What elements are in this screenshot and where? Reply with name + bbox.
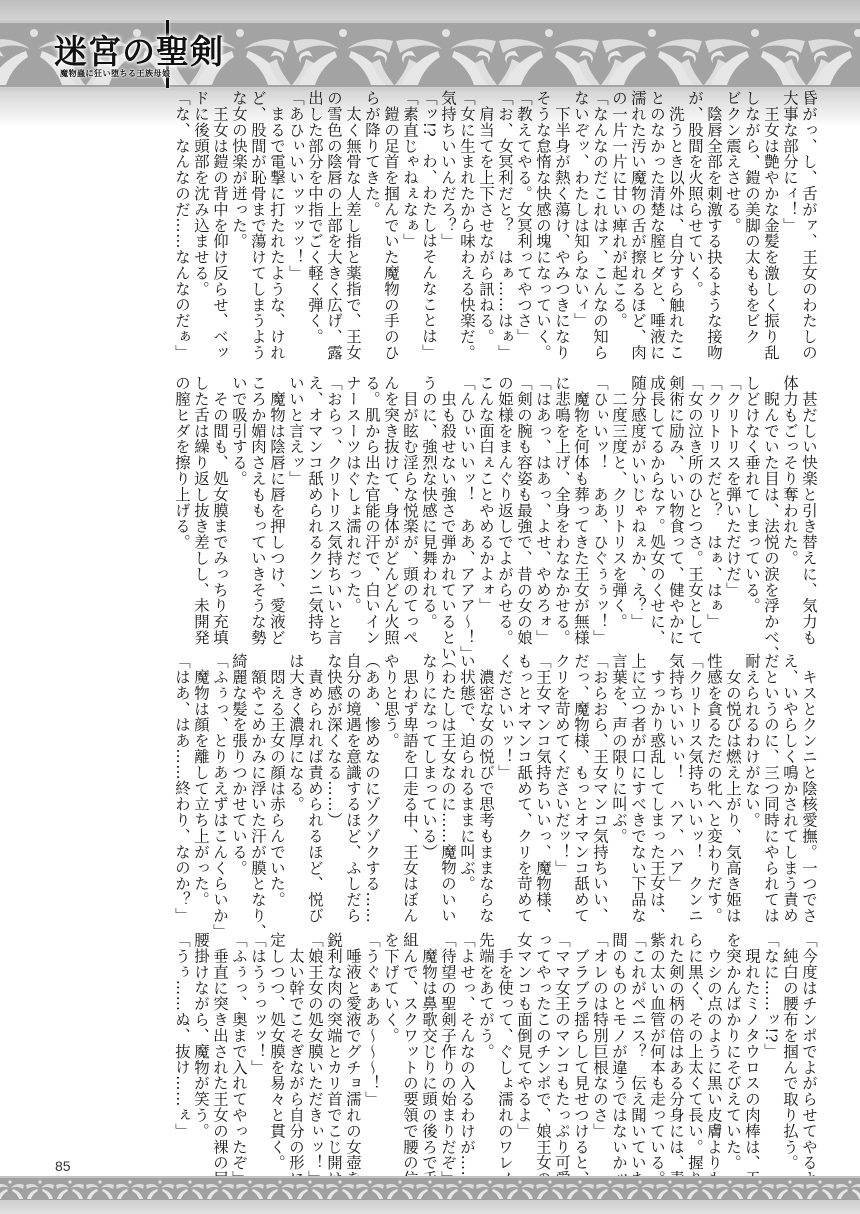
text-line: 間のものとモノが違うではないかッ」 [609,932,628,1182]
floral-border-icon [0,1178,860,1200]
text-line: 「はうぅっッッ！」 [248,932,267,1182]
book-logo: 迷宮の聖剣 魔物蟲に狂い堕ちる王族母娘 [48,22,198,86]
text-line: 成長してるからなァ。処女のくせに、 [647,375,666,625]
text-line: 「これがペニス？ 伝え聞いていた人 [628,932,647,1182]
text-line: い状態で、迫られるままに叫ぶ。 [457,653,476,903]
text-line: なりになってしまっている） [419,653,438,903]
text-line: んを突き抜けて、身体がどんどん火照 [381,375,400,625]
text-line: 肩当てを上下させながら訊ねる。 [476,90,495,340]
text-line: 「女に生まれたから味わえる快楽だ。 [457,90,476,340]
text-line: の雪色の陰唇の上部を大きく広げ、露 [324,90,343,340]
text-line: は大きく濃厚になる。 [286,653,305,903]
text-line: え、オマンコ舐められるクンニ気持ち [305,375,324,625]
text-line: 魔物は鼻歌交じりに頭の後ろで手を [419,932,438,1182]
text-line: した舌は繰り返し抜き差しし、未開発 [191,375,210,625]
text-line: 現れたミノタウロスの肉棒は、天井 [742,932,761,1182]
text-line: らに黒く、その上太くて長い。握り慣 [685,932,704,1182]
text-line: が、股間を火照らせていく。 [685,90,704,340]
text-line: 魔物を何体も葬ってきた王女が無様 [571,375,590,625]
text-line: 「娘王女の処女膜いただきぃッ！」 [305,932,324,1182]
text-line: 「な、なんなのだ……なんなのだぁ」 [172,90,191,340]
text-line: 洗うとき以外は、自分すら触れたこ [666,90,685,340]
text-line: 気持ちいいいぃ！ ハア、ハア」 [666,653,685,903]
text-line: 定しつつ、処女膜を易々と貫く。 [267,932,286,1182]
text-line: ころか媚肉さえももっていきそうな勢 [248,375,267,625]
text-line: ど、股間が恥骨まで蕩けてしまうよう [248,90,267,340]
text-line: 腰掛けながら、魔物が笑う。 [191,932,210,1182]
text-line: 耐えられるわけがない。 [742,653,761,903]
text-line: 思わず卑語を口走る中、王女はぼん [400,653,419,903]
text-tier-2: 甚だしい快楽と引き替えに、気力も体力もごっそり奪われた。 睨んでいた目は、法悦の… [172,375,818,625]
text-line: 王女は鎧の背中を仰け反らせ、ベッ [210,90,229,340]
text-line: 「教えてやる。女冥利ってやつさ」 [514,90,533,340]
text-line: の一片一片に甘い痺れが起こる。 [609,90,628,340]
text-line: ビクン震えさせる。 [723,90,742,340]
text-line: いいと言えッ」 [286,375,305,625]
text-line: を突かんばかりにそびえていた。 [723,932,742,1182]
text-line: 綺麗な髪を張りつかせている。 [229,653,248,903]
text-line: 先端をあてがう。 [476,932,495,1182]
text-line: 「ひぃいッ！ ああ、ひぐぅぅッ！」 [590,375,609,625]
text-line: な女の快楽が迸った。 [229,90,248,340]
text-line: すっかり惑乱してしまった王女は、 [647,653,666,903]
text-line: 魔物は顔を離して立ち上がった。 [191,653,210,903]
text-line: 「おらっ、クリトリス気持ちいいと言 [324,375,343,625]
text-line: 「剣の腕も容姿も最強で、昔の女の娘 [514,375,533,625]
text-line: 「はあ、はあ……終わり、なのか？」 [172,653,191,903]
text-line: とのなかった清楚な膣ヒダと、唾液に [647,90,666,340]
text-line: 垂直に突き出された王女の裸の尻に [210,932,229,1182]
text-line: まるで電撃に打たれたような、けれ [267,90,286,340]
text-line: を下げていく。 [381,932,400,1182]
text-line: 鎧の足首を掴んでいた魔物の手のひ [381,90,400,340]
text-line: だというのに、三つ同時にやられては [761,653,780,903]
text-line: 太い幹でこそぎながら自分の形に固 [286,932,305,1182]
text-line: ないぞッ、わたしは知らないィ」 [571,90,590,340]
text-line: 「あひぃいいッッッッ！」 [286,90,305,340]
logo-title: 迷宮の聖剣 [54,26,224,73]
text-tier-4: 「今度はチンポでよがらせてやるよ」 純白の腰布を掴んで取り払う。「なに……ッ!?… [172,932,818,1182]
text-line: 剣術に励み、いい物食って、健やかに [666,375,685,625]
text-line: （ああ、惨めなのにゾクゾクする…… [362,653,381,903]
text-line: 「クリトリス気持ちいいッ！ クンニ [685,653,704,903]
footer-ornament-band [0,1176,860,1202]
text-line: ブラブラ揺らして見せつけると、 [571,932,590,1182]
text-line: 「お、女冥利だと？ はぁ……はぁ」 [495,90,514,340]
text-line: いで吸引する。 [229,375,248,625]
text-line: 「女の泣き所のひとつさ。王女として [685,375,704,625]
text-line: 目が眩む淫らな悦楽が、頭のてっぺ [400,375,419,625]
text-line: 陰唇全部を刺激する抉るような接吻 [704,90,723,340]
text-line: の膣ヒダを擦り上げる。 [172,375,191,625]
text-line: ってやったこのチンポで、娘王女の処 [533,932,552,1182]
text-line: 体力もごっそり奪われた。 [780,375,799,625]
text-line: れた剣の柄の倍はある分身には、青や [666,932,685,1182]
text-line: 甚だしい快楽と引き替えに、気力も [799,375,818,625]
text-line: 昏がっ、し、舌がァ、王女のわたしの [799,90,818,340]
text-line: 上に立つ者が口にすべきでない下品な [628,653,647,903]
text-line: 「クリトリスだと？ はぁ、はぁ」 [704,375,723,625]
text-line: 随分感度がいいじゃねぇか、え？」 [628,375,647,625]
text-line: ナースーツはぐしょ濡れだった。 [343,375,362,625]
text-line: 性感を貪るただの牝へと変わりだす。 [704,653,723,903]
logo-subtitle: 魔物蟲に狂い堕ちる王族母娘 [60,68,171,79]
text-line: 「今度はチンポでよがらせてやるよ」 [799,932,818,1182]
text-line: 悶える王女の顔は赤らんでいた。 [267,653,286,903]
text-line: 「ッ!? わ、わたしはそんなことは」 [419,90,438,340]
text-line: キスとクンニと陰核愛撫。一つでさ [799,653,818,903]
text-line: 王女は艶やかな金髪を激しく振り乱 [761,90,780,340]
text-line: 「なに……ッ!?」 [761,932,780,1182]
text-line: 「よせっ、そんなの入るわけが……」 [457,932,476,1182]
text-line: ウシの点のように黒い皮膚よりもさ [704,932,723,1182]
text-line: な快感が深くなる……） [324,653,343,903]
text-line: 純白の腰布を掴んで取り払う。 [780,932,799,1182]
text-line: ドに後頭部を沈み込ませる。 [191,90,210,340]
text-line: うのに、強烈な快感に見舞われる。 [419,375,438,625]
text-line: 下半身が熱く蕩け、やみつきになり [552,90,571,340]
text-line: る。肌から出た官能の汗で、白いイン [362,375,381,625]
text-line: 二度三度と、クリトリスを弾く。 [609,375,628,625]
text-line: しどけなく垂れてしまっている。 [742,375,761,625]
text-line: やりと思う。 [381,653,400,903]
text-line: 濃密な女の悦びで思考もままならな [476,653,495,903]
text-line: 「クリトリスを弾いただけだ」 [723,375,742,625]
text-line: 濡れた汚い魔物の舌が擦れるほど、肉 [628,90,647,340]
text-line: らが降りてきた。 [362,90,381,340]
text-line: 魔物は陰唇に唇を押しつけ、愛液ど [267,375,286,625]
text-line: 「うぅ……ぬ、抜け……ぇ」 [172,932,191,1182]
text-line: 言葉を、声の限りに叫ぶ。 [609,653,628,903]
page-number: 85 [55,1158,71,1174]
text-line: その間も、処女膜までみっちり充填 [210,375,229,625]
text-line: 紫の太い血管が何本も走っている。 [647,932,666,1182]
text-line: の姫様をまんぐり返しでよがらせる。 [495,375,514,625]
text-line: 「待望の聖剣子作りの始まりだぞ」 [438,932,457,1182]
text-line: 女マンコも面倒見てやるよ」 [514,932,533,1182]
text-line: 「うぐぁああ～～～！」 [362,932,381,1182]
text-line: 自分の境遇を意識するほど、ふしだら [343,653,362,903]
text-line: 「オレのは特別巨根なのさ」 [590,932,609,1182]
text-line: 「ママ女王のマンコもたっぷり可愛が [552,932,571,1182]
text-line: 鋭利な肉の突端とカリ首でこじ開け、 [324,932,343,1182]
text-line: 大事な部分にィ！」 [780,90,799,340]
text-line: もっとオマンコ舐めて、クリを苛めて [514,653,533,903]
text-tier-1: 昏がっ、し、舌がァ、王女のわたしの大事な部分にィ！」 王女は艶やかな金髪を激しく… [172,90,818,340]
text-line: 「なんなのだこれはァ、こんなの知ら [590,90,609,340]
text-line: だっ、魔物様、もっとオマンコ舐めて [571,653,590,903]
text-line: しながら、鎧の美脚の太ももをビク [742,90,761,340]
text-line: 睨んでいた目は、法悦の涙を浮かべ、 [761,375,780,625]
text-tier-3: キスとクンニと陰核愛撫。一つでさえ、いやらしく鳴かされてしまう責めだというのに、… [172,653,818,903]
text-line: 「素直じゃねぇなぁ」 [400,90,419,340]
text-line: 「はあっ、はあっ、よせ、やめろォ」 [533,375,552,625]
text-line: 責められれば責められるほど、悦び [305,653,324,903]
text-line: 気持ちいいんだろ？」 [438,90,457,340]
text-line: 女の悦びは燃え上がり、気高き姫は [723,653,742,903]
text-line: 唾液と愛液でグチョ濡れの女壺を、 [343,932,362,1182]
text-line: くださいぃッ！」 [495,653,514,903]
top-margin [0,0,860,22]
text-line: クリを苛めてくださいだッ！」 [552,653,571,903]
text-line: こんな面白ぇことやめるかよォ」 [476,375,495,625]
text-line: （わたしは王女なのに……魔物のいい [438,653,457,903]
text-line: 「ふぅっ、とりあえずはこんくらいか」 [210,653,229,903]
text-line: に悲鳴を上げ、全身をわななかせる。 [552,375,571,625]
text-line: 「んひぃいいッ！ ああ、アアア～！」 [457,375,476,625]
text-line: 「おらおら、王女マンコ気持ちいい、 [590,653,609,903]
text-line: 「王女マンコ気持ちいいっ、魔物様、 [533,653,552,903]
text-line: 虫も殺せない強さで弾かれているとい [438,375,457,625]
text-line: え、いやらしく鳴かされてしまう責め [780,653,799,903]
text-line: 「ふぅっ、奥まで入れてやったぞ」 [229,932,248,1182]
text-line: 手を使って、ぐしょ濡れのワレメに [495,932,514,1182]
text-line: 額やこめかみに浮いた汗が膜となり、 [248,653,267,903]
text-line: 太く無骨な人差し指と薬指で、王女 [343,90,362,340]
text-line: 出した部分を中指でごく軽く弾く。 [305,90,324,340]
bottom-margin [0,1200,860,1214]
text-line: 組んで、スクワットの要領で腰の位置 [400,932,419,1182]
text-line: そうな怠惰な快感の塊になっていく。 [533,90,552,340]
